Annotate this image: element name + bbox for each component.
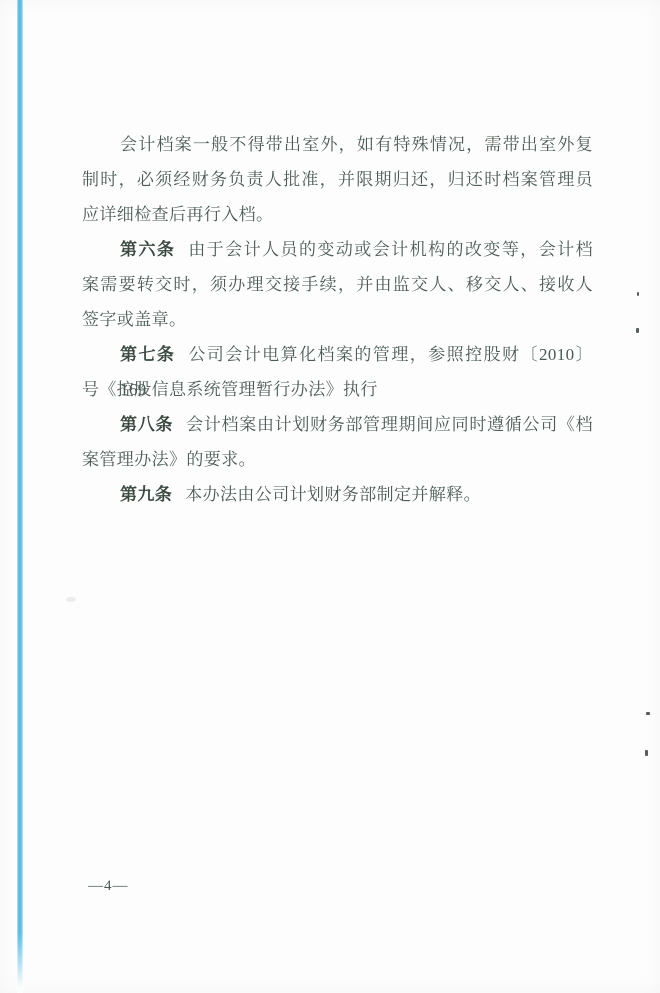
text-line: 第九条本办法由公司计划财务部制定并解释。 <box>82 477 593 512</box>
paragraph: 会计档案一般不得带出室外，如有特殊情况，需带出室外复 制时，必须经财务负责人批准… <box>82 127 593 232</box>
paragraph: 第九条本办法由公司计划财务部制定并解释。 <box>82 477 593 512</box>
text-line: 第六条由于会计人员的变动或会计机构的改变等，会计档 <box>82 232 593 267</box>
paragraph: 第七条公司会计电算化档案的管理，参照控股财〔2010〕169 号《控股信息系统管… <box>82 337 593 407</box>
text-line: 签字或盖章。 <box>82 302 593 337</box>
scan-artifact-speck <box>646 712 650 715</box>
article-number: 第七条 <box>120 345 175 364</box>
text-line: 案管理办法》的要求。 <box>82 442 593 477</box>
text-segment: 本办法由公司计划财务部制定并解释。 <box>185 485 481 504</box>
document-body: 会计档案一般不得带出室外，如有特殊情况，需带出室外复 制时，必须经财务负责人批准… <box>82 127 593 512</box>
text-line: 制时，必须经财务负责人批准，并限期归还，归还时档案管理员 <box>82 162 593 197</box>
scan-artifact-smudge <box>66 597 76 602</box>
text-line: 应详细检查后再行入档。 <box>82 197 593 232</box>
scan-artifact-speck <box>645 750 648 756</box>
article-number: 第九条 <box>120 485 172 504</box>
text-segment: 由于会计人员的变动或会计机构的改变等，会计档 <box>188 240 593 259</box>
article-number: 第八条 <box>120 415 173 434</box>
binding-edge-line <box>17 0 23 993</box>
scan-artifact-speck <box>636 328 639 333</box>
paragraph: 第八条会计档案由计划财务部管理期间应同时遵循公司《档 案管理办法》的要求。 <box>82 407 593 477</box>
text-line: 会计档案一般不得带出室外，如有特殊情况，需带出室外复 <box>82 127 593 162</box>
paragraph: 第六条由于会计人员的变动或会计机构的改变等，会计档 案需要转交时，须办理交接手续… <box>82 232 593 337</box>
page-number: —4— <box>88 878 129 895</box>
text-segment: 会计档案由计划财务部管理期间应同时遵循公司《档 <box>186 415 593 434</box>
text-line: 第七条公司会计电算化档案的管理，参照控股财〔2010〕169 <box>82 337 593 372</box>
text-segment: 会计档案一般不得带出室外，如有特殊情况，需带出室外复 <box>120 135 593 154</box>
text-line: 号《控股信息系统管理暂行办法》执行 <box>82 372 593 407</box>
text-line: 第八条会计档案由计划财务部管理期间应同时遵循公司《档 <box>82 407 593 442</box>
text-line: 案需要转交时，须办理交接手续，并由监交人、移交人、接收人 <box>82 267 593 302</box>
article-number: 第六条 <box>120 240 175 259</box>
scan-artifact-speck <box>637 292 639 296</box>
